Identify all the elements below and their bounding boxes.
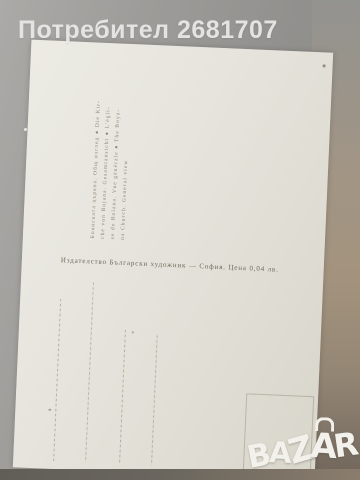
paper-speck [48, 409, 51, 411]
address-ruling-line [151, 335, 158, 465]
postcard-back: Боянската църква. Общ изглед ● Die Kir- … [13, 40, 333, 480]
paper-speck [132, 331, 134, 333]
photo-of-postcard-back: Боянската църква. Общ изглед ● Die Kir- … [0, 0, 360, 480]
dust-speck [24, 128, 27, 131]
pinhole-mark [323, 64, 326, 67]
shopping-bag-handle-icon [315, 417, 334, 432]
address-ruling-line [53, 299, 61, 461]
bazar-logo: B A Z A R [245, 421, 358, 479]
user-watermark-label: Потребител 2681707 [18, 16, 278, 45]
address-ruling-line [119, 330, 126, 464]
publisher-price-line: Издателство Български художник — София. … [61, 256, 331, 276]
postcard-caption-multilingual: Боянската църква. Общ изглед ● Die Kir- … [88, 62, 136, 240]
bazar-letter: R [331, 424, 360, 465]
address-ruling-line [85, 283, 94, 463]
